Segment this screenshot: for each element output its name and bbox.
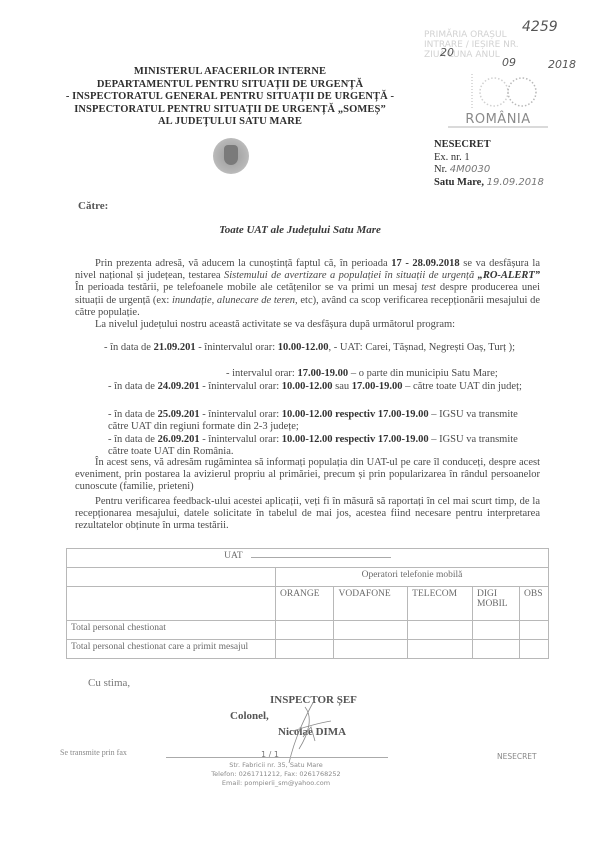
text: – o parte din municipiu Satu Mare; <box>348 368 498 379</box>
text: - înintervalul orar: <box>196 342 278 353</box>
nr-value: 4M0030 <box>450 164 490 175</box>
examples: inundație, alunecare de teren, <box>172 295 298 306</box>
table-cell[interactable] <box>334 621 408 640</box>
column-header: TELECOM <box>408 587 473 621</box>
table-cell[interactable] <box>520 621 549 640</box>
time: 17.00-19.00 <box>352 381 403 392</box>
text: , - UAT: Carei, Tășnad, Negrești Oaș, Tu… <box>329 342 516 353</box>
header-line: DEPARTAMENTUL PENTRU SITUAȚII DE URGENȚĂ <box>60 79 400 92</box>
date: 26.09.201 <box>158 434 200 445</box>
empty-cell <box>67 587 276 621</box>
uat-input-line[interactable] <box>251 557 391 558</box>
time: 10.00-12.00 respectiv 17.00-19.00 <box>282 434 429 445</box>
institution-header: MINISTERUL AFACERILOR INTERNE DEPARTAMEN… <box>60 66 400 129</box>
table-cell[interactable] <box>520 640 549 659</box>
text: În perioada testării, pe telefoanele mob… <box>75 282 421 293</box>
text: Pentru verificarea feedback-ului acestei… <box>75 496 540 533</box>
body-paragraph-3: În acest sens, vă adresăm rugămintea să … <box>75 457 540 494</box>
feedback-table: UAT Operatori telefonie mobilă ORANGE VO… <box>66 548 549 659</box>
registration-stamp: PRIMĂRIA ORAȘUL INTRARE / IEȘIRE NR. ZIU… <box>420 18 590 78</box>
schedule-item: - în data de 21.09.201 - înintervalul or… <box>104 342 544 354</box>
table-cell[interactable] <box>276 621 334 640</box>
text: test <box>421 282 436 293</box>
column-header: VODAFONE <box>334 587 408 621</box>
table-cell[interactable] <box>276 640 334 659</box>
footer-address: Str. Fabricii nr. 35, Satu Mare <box>186 761 366 769</box>
time: 10.00-12.00 <box>282 381 333 392</box>
text: sau <box>333 381 352 392</box>
stamp-day: 20 <box>440 48 454 58</box>
footer-classification: NESECRET <box>497 752 537 761</box>
column-header: DIGI MOBIL <box>473 587 520 621</box>
fax-note: Se transmite prin fax <box>60 748 127 757</box>
text: – către toate UAT din județ; <box>403 381 522 392</box>
stamp-faint-line: ZIUA LUNA ANUL <box>424 50 500 60</box>
group-header: Operatori telefonie mobilă <box>276 568 549 587</box>
text: - în data de <box>104 342 154 353</box>
text: - înintervalul orar: <box>200 381 282 392</box>
document-meta: NESECRET Ex. nr. 1 Nr. 4M0030 Satu Mare,… <box>434 139 544 189</box>
row-label: Total personal chestionat <box>67 621 276 640</box>
place-label: Satu Mare, <box>434 177 484 188</box>
salutation: Cu stima, <box>88 677 130 689</box>
footer-phone: Telefon: 0261711212, Fax: 0261768252 <box>186 770 366 778</box>
stamp-faint-line: INTRARE / IEȘIRE NR. <box>424 40 519 50</box>
addressee-label: Către: <box>78 200 108 212</box>
header-line: - INSPECTORATUL GENERAL PENTRU SITUAȚII … <box>60 91 400 104</box>
table-cell[interactable] <box>473 640 520 659</box>
table-cell[interactable] <box>408 640 473 659</box>
date: 21.09.201 <box>154 342 196 353</box>
text: - înintervalul orar: <box>200 434 282 445</box>
footer-email: Email: pompierii_sm@yahoo.com <box>186 779 366 787</box>
romania-logo-label: ROMÂNIA <box>448 112 548 127</box>
centenary-logo-icon <box>452 70 552 110</box>
empty-cell <box>67 568 276 587</box>
date-value: 19.09.2018 <box>487 177 544 188</box>
system-name: Sistemului de avertizare a populației în… <box>224 270 478 281</box>
body-paragraph-2: La nivelul județului nostru această acti… <box>75 319 540 331</box>
header-line: MINISTERUL AFACERILOR INTERNE <box>60 66 400 79</box>
text: În acest sens, vă adresăm rugămintea să … <box>75 457 540 494</box>
text: - înintervalul orar: <box>200 409 282 420</box>
schedule-item: - în data de 26.09.201 - înintervalul or… <box>108 434 528 458</box>
classification: NESECRET <box>434 139 544 152</box>
column-header: ORANGE <box>276 587 334 621</box>
time: 10.00-12.00 respectiv 17.00-19.00 <box>282 409 429 420</box>
table-cell[interactable] <box>473 621 520 640</box>
signatory-rank: Colonel, <box>230 710 269 722</box>
date: 25.09.201 <box>158 409 200 420</box>
ro-alert: „RO-ALERT” <box>478 270 540 281</box>
period: 17 - 28.09.2018 <box>391 258 459 269</box>
footer-divider <box>166 757 388 758</box>
table-cell[interactable] <box>408 621 473 640</box>
copy-number: Ex. nr. 1 <box>434 152 544 165</box>
nr-label: Nr. <box>434 164 447 175</box>
stamp-month: 09 <box>502 58 516 68</box>
recipient: Toate UAT ale Județului Satu Mare <box>60 224 540 236</box>
stamp-year: 2018 <box>548 60 576 70</box>
logo-tagline <box>448 126 548 128</box>
schedule-item: - în data de 25.09.201 - înintervalul or… <box>108 409 528 433</box>
row-label: Total personal chestionat care a primit … <box>67 640 276 659</box>
text: - în data de <box>108 434 158 445</box>
uat-row: UAT <box>67 549 549 568</box>
header-line: AL JUDEȚULUI SATU MARE <box>60 116 400 129</box>
time: 10.00-12.00 <box>278 342 329 353</box>
uat-label: UAT <box>224 551 242 561</box>
body-paragraph-4: Pentru verificarea feedback-ului acestei… <box>75 496 540 533</box>
stamp-number: 4259 <box>522 22 558 32</box>
schedule-item: - intervalul orar: 17.00-19.00 – o parte… <box>226 368 546 380</box>
date: 24.09.201 <box>158 381 200 392</box>
text: - în data de <box>108 381 158 392</box>
table-cell[interactable] <box>334 640 408 659</box>
schedule-item: - în data de 24.09.201 - înintervalul or… <box>108 381 528 393</box>
header-line: INSPECTORATUL PENTRU SITUAȚII DE URGENȚĂ… <box>60 104 400 117</box>
time: 17.00-19.00 <box>297 368 348 379</box>
text: Prin prezenta adresă, vă aducem la cunoș… <box>95 258 391 269</box>
coat-of-arms-icon <box>213 138 249 174</box>
stamp-faint-line: PRIMĂRIA ORAȘUL <box>424 30 507 40</box>
column-header: OBS <box>520 587 549 621</box>
text: - în data de <box>108 409 158 420</box>
text: - intervalul orar: <box>226 368 297 379</box>
body-paragraph-1: Prin prezenta adresă, vă aducem la cunoș… <box>75 258 540 331</box>
